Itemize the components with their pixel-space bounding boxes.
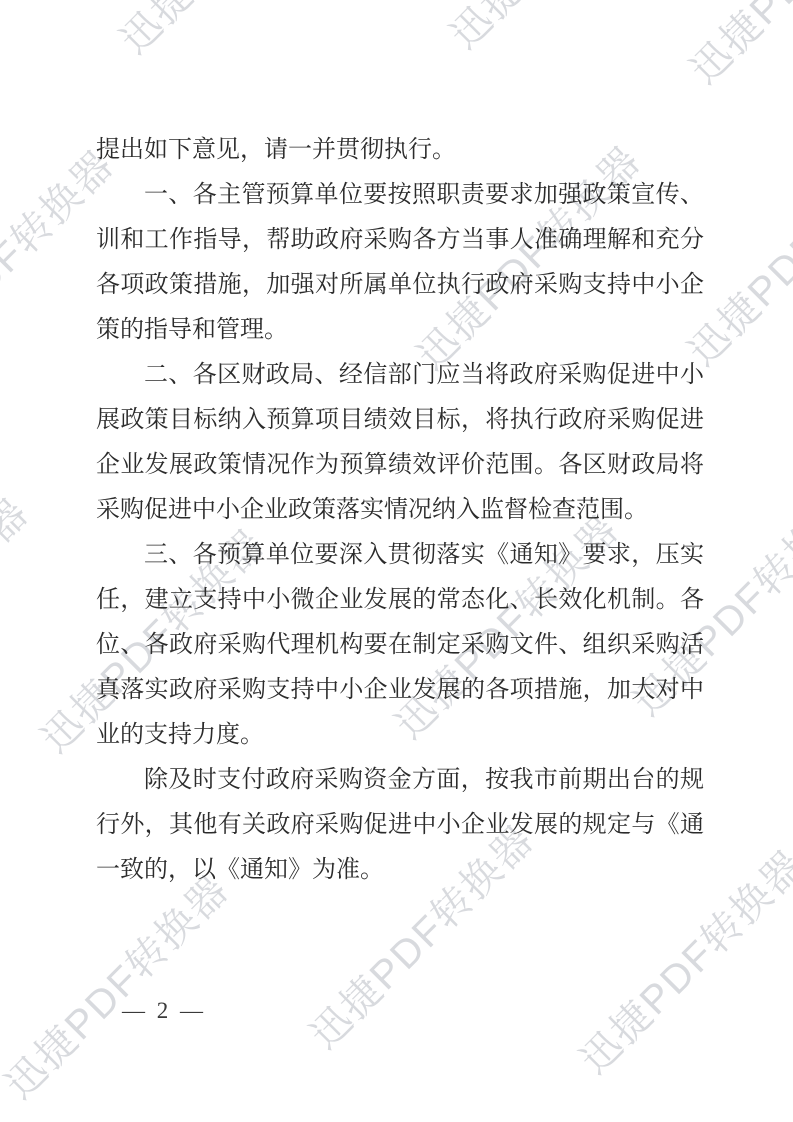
text-line: 训和工作指导，帮助政府采购各方当事人准确理解和充分运用	[96, 218, 704, 263]
text-line: 真落实政府采购支持中小企业发展的各项措施，加大对中小企	[96, 668, 704, 713]
text-line: 一致的，以《通知》为准。	[96, 848, 704, 893]
text-line: 二、各区财政局、经信部门应当将政府采购促进中小企业发	[96, 353, 704, 398]
text-line: 任，建立支持中小微企业发展的常态化、长效化机制。各预算单	[96, 578, 704, 623]
paragraph: 除及时支付政府采购资金方面，按我市前期出台的规定执 行外，其他有关政府采购促进中…	[96, 758, 704, 893]
page-number: — 2 —	[122, 998, 206, 1024]
text-line: 一、各主管预算单位要按照职责要求加强政策宣传、业务培	[96, 173, 704, 218]
text-line: 采购促进中小企业政策落实情况纳入监督检查范围。	[96, 488, 704, 533]
text-line: 各项政策措施，加强对所属单位执行政府采购支持中小企业政	[96, 263, 704, 308]
text-line: 策的指导和管理。	[96, 308, 704, 353]
watermark-text: 迅捷PDF转换器	[435, 0, 685, 60]
document-body: 提出如下意见，请一并贯彻执行。 一、各主管预算单位要按照职责要求加强政策宣传、业…	[96, 128, 704, 893]
watermark-text: 迅捷PDF转换器	[675, 0, 793, 95]
paragraph: 三、各预算单位要深入贯彻落实《通知》要求，压实主体责 任，建立支持中小微企业发展…	[96, 533, 704, 758]
document-page: 迅捷PDF转换器 迅捷PDF转换器 迅捷PDF转换器 迅捷PDF转换器 迅捷PD…	[0, 0, 793, 1122]
paragraph: 提出如下意见，请一并贯彻执行。	[96, 128, 704, 173]
text-line: 三、各预算单位要深入贯彻落实《通知》要求，压实主体责	[96, 533, 704, 578]
text-line: 企业发展政策情况作为预算绩效评价范围。各区财政局将政府	[96, 443, 704, 488]
watermark-text: 迅捷PDF转换器	[0, 860, 240, 1110]
watermark-text: 迅捷PDF转换器	[0, 483, 40, 733]
text-line: 展政策目标纳入预算项目绩效目标，将执行政府采购促进中小	[96, 398, 704, 443]
text-line: 除及时支付政府采购资金方面，按我市前期出台的规定执	[96, 758, 704, 803]
text-line: 行外，其他有关政府采购促进中小企业发展的规定与《通知》不	[96, 803, 704, 848]
text-line: 提出如下意见，请一并贯彻执行。	[96, 128, 704, 173]
paragraph: 一、各主管预算单位要按照职责要求加强政策宣传、业务培 训和工作指导，帮助政府采购…	[96, 173, 704, 353]
text-line: 业的支持力度。	[96, 713, 704, 758]
watermark-text: 迅捷PDF转换器	[105, 0, 355, 65]
text-line: 位、各政府采购代理机构要在制定采购文件、组织采购活动中认	[96, 623, 704, 668]
paragraph: 二、各区财政局、经信部门应当将政府采购促进中小企业发 展政策目标纳入预算项目绩效…	[96, 353, 704, 533]
